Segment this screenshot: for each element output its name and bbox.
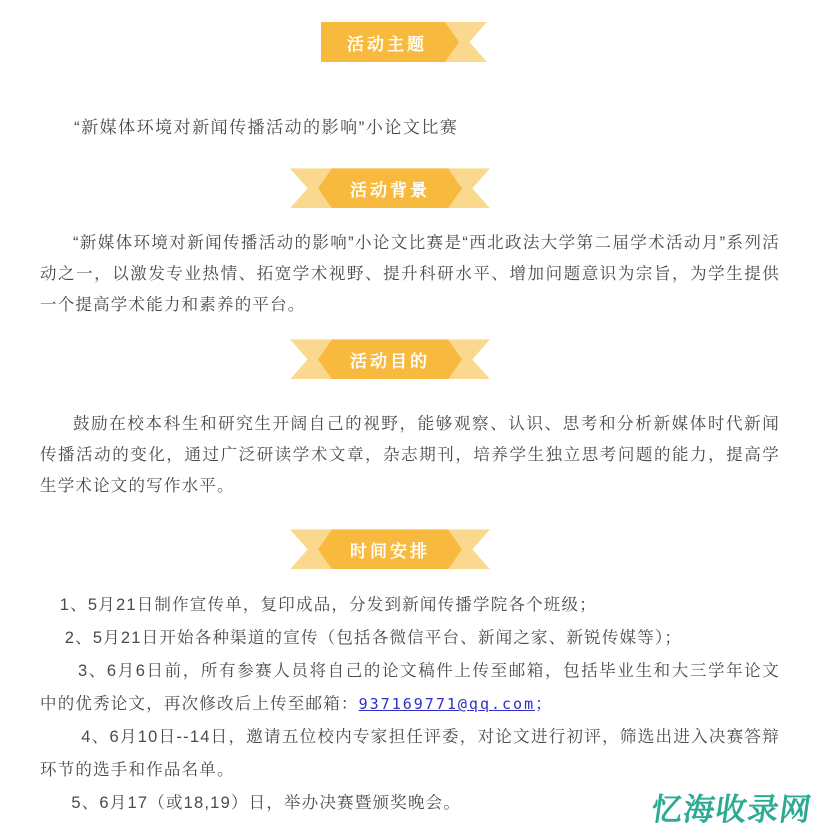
background-paragraph: “新媒体环境对新闻传播活动的影响”小论文比赛是“西北政法大学第二届学术活动月”系…	[40, 228, 780, 321]
ribbon-row-schedule: 时间安排	[40, 529, 780, 569]
schedule-item-3: 3、6月6日前，所有参赛人员将自己的论文稿件上传至邮箱，包括毕业生和大三学年论文…	[40, 655, 780, 721]
ribbon-theme-label: 活动主题	[321, 22, 459, 62]
schedule-item-2: 2、5月21日开始各种渠道的宣传（包括各微信平台、新闻之家、新锐传媒等）；	[40, 622, 780, 655]
ribbon-background-label: 活动背景	[318, 168, 462, 208]
ribbon-row-theme: 活动主题	[40, 22, 780, 62]
purpose-paragraph: 鼓励在校本科生和研究生开阔自己的视野，能够观察、认识、思考和分析新媒体时代新闻传…	[40, 409, 780, 502]
site-watermark: 忆海收录网	[649, 784, 815, 829]
ribbon-time-schedule: 时间安排	[318, 529, 462, 569]
ribbon-row-background: 活动背景	[40, 168, 780, 208]
contest-title-text: “新媒体环境对新闻传播活动的影响”小论文比赛	[40, 118, 780, 138]
schedule-item-3-suffix: ；	[535, 695, 553, 713]
ribbon-row-purpose: 活动目的	[40, 339, 780, 379]
ribbon-purpose-label: 活动目的	[318, 339, 462, 379]
document-content: 活动主题 “新媒体环境对新闻传播活动的影响”小论文比赛 活动背景 “新媒体环境对…	[0, 22, 820, 820]
submission-email-link[interactable]: 937169771@qq.com	[359, 695, 536, 713]
ribbon-activity-background: 活动背景	[318, 168, 462, 208]
document-page: 活动主题 “新媒体环境对新闻传播活动的影响”小论文比赛 活动背景 “新媒体环境对…	[0, 0, 820, 833]
ribbon-activity-theme: 活动主题	[321, 22, 459, 62]
schedule-item-4: 4、6月10日--14日，邀请五位校内专家担任评委，对论文进行初评，筛选出进入决…	[40, 721, 780, 787]
schedule-item-1: 1、5月21日制作宣传单，复印成品，分发到新闻传播学院各个班级；	[40, 589, 780, 622]
ribbon-schedule-label: 时间安排	[318, 529, 462, 569]
ribbon-activity-purpose: 活动目的	[318, 339, 462, 379]
